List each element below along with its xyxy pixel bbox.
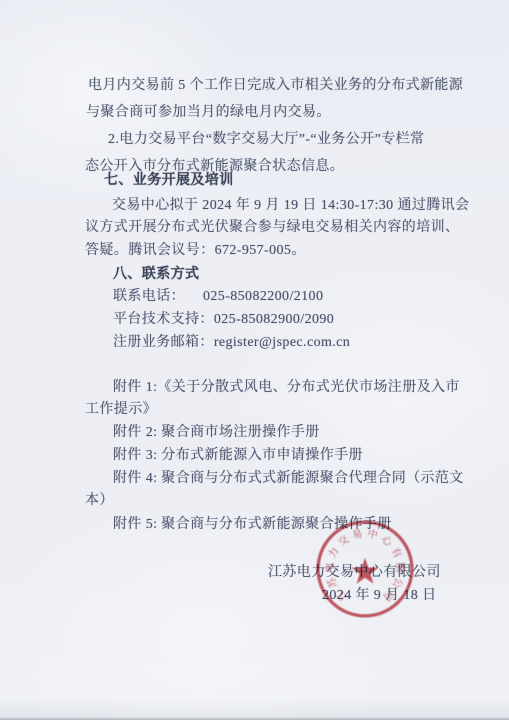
section-heading-7: 七、业务开展及培训 — [104, 172, 234, 190]
contact-value: 025-85082900/2090 — [214, 312, 334, 327]
contact-row: 注册业务邮箱：register@jspec.com.cn — [113, 334, 350, 352]
body-line: 议方式开展分布式光伏聚合参与绿电交易相关内容的培训、 — [85, 219, 459, 237]
scanned-document-page: 电月内交易前 5 个工作日完成入市相关业务的分布式新能源 与聚合商可参加当月的绿… — [0, 0, 509, 720]
body-line: 2.电力交易平台“数字交易大厅”-“业务公开”专栏常 — [108, 131, 424, 149]
svg-text:交: 交 — [335, 533, 351, 550]
svg-text:力: 力 — [325, 545, 341, 560]
contact-value: 025-85082200/2100 — [203, 289, 323, 304]
signature-date: 2024 年 9 月 18 日 — [322, 587, 437, 605]
attachment-line: 附件 2: 聚合商市场注册操作手册 — [113, 424, 320, 442]
attachment-line: 附件 3: 分布式新能源入市申请操作手册 — [113, 447, 363, 465]
svg-text:心: 心 — [379, 533, 395, 549]
contact-row: 平台技术支持：025-85082900/2090 — [113, 311, 334, 329]
body-line: 电月内交易前 5 个工作日完成入市相关业务的分布式新能源 — [88, 77, 463, 95]
section-heading-8: 八、联系方式 — [113, 266, 199, 284]
attachment-line: 本） — [85, 492, 114, 510]
contact-label: 注册业务邮箱： — [113, 334, 214, 352]
svg-text:有: 有 — [389, 545, 405, 560]
contact-value: register@jspec.com.cn — [214, 335, 350, 350]
contact-label: 联系电话： — [113, 288, 203, 306]
contact-label: 平台技术支持： — [113, 311, 214, 329]
attachment-line: 附件 1:《关于分散式风电、分布式光伏市场注册及入市 — [113, 379, 460, 397]
body-line: 答疑。腾讯会议号：672-957-005。 — [85, 242, 306, 260]
body-line: 与聚合商可参加当月的绿电月内交易。 — [86, 104, 331, 122]
attachment-line: 附件 4: 聚合商与分布式式新能源聚合代理合同（示范文 — [113, 470, 464, 488]
body-line: 交易中心拟于 2024 年 9 月 19 日 14:30-17:30 通过腾讯会 — [112, 197, 469, 215]
signature-org: 江苏电力交易中心有限公司 — [268, 564, 441, 582]
attachment-line: 工作提示》 — [85, 401, 157, 419]
contact-row: 联系电话：025-85082200/2100 — [113, 288, 323, 306]
attachment-line: 附件 5: 聚合商与分布式新能源聚合操作手册 — [113, 516, 392, 534]
